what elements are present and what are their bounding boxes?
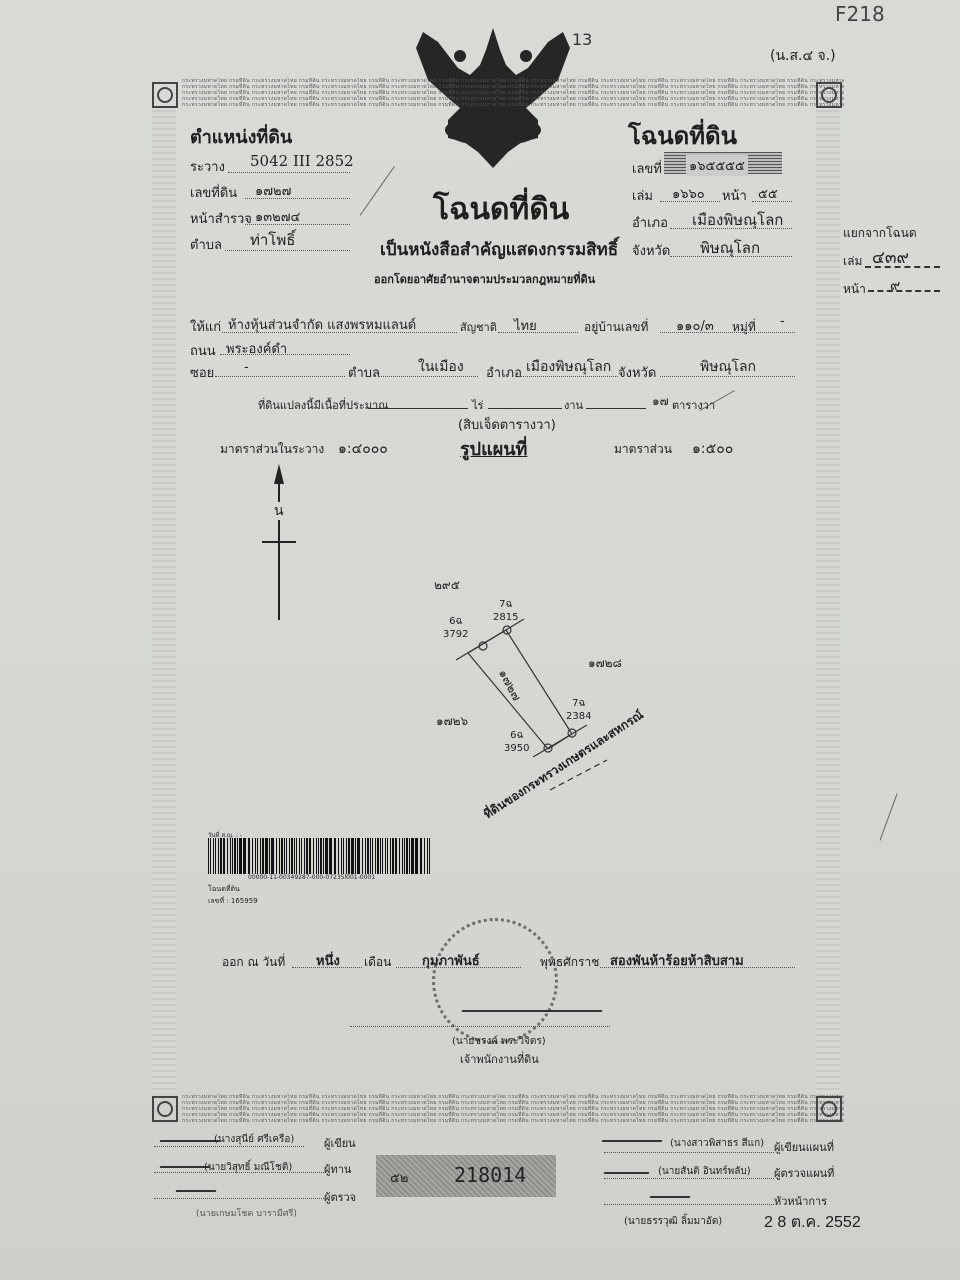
nationality-label: สัญชาติ — [460, 318, 497, 336]
plan-scale-value: ๑:๕๐๐ — [692, 438, 733, 460]
signature — [160, 1140, 221, 1142]
map-scale-value: ๑:๔๐๐๐ — [338, 438, 388, 460]
subdistrict-value: ในเมือง — [418, 356, 464, 378]
official-title: เจ้าพนักงานที่ดิน — [460, 1050, 539, 1068]
road-value: พระองค์ดำ — [226, 338, 287, 359]
month-label: เดือน — [364, 953, 391, 972]
signatory-name: (นายเกษมโชค บารามีศรี) — [196, 1206, 297, 1220]
province-label: จังหวัด — [618, 362, 656, 383]
signatory-name: (นางสุนีย์ ศรีเครือ) — [214, 1132, 294, 1147]
north-arrow-icon — [260, 462, 300, 622]
marker-label: 6ฉ3950 — [504, 728, 529, 754]
separated-label: แยกจากโฉนด — [843, 224, 917, 243]
security-strip-top: กระทรวงมหาดไทย กรมที่ดิน กระทรวงมหาดไทย … — [152, 78, 844, 112]
house-label: อยู่บ้านเลขที่ — [584, 318, 648, 337]
neighbor-parcel-label: ๑๗๒๘ — [588, 654, 622, 673]
corner-note: F218 — [835, 2, 885, 26]
field-value: ท่าโพธิ์ — [250, 228, 295, 252]
official-signature — [462, 1010, 603, 1012]
plot-map — [400, 570, 680, 840]
signature — [176, 1190, 217, 1192]
serial-box: ๕๒ 218014 — [376, 1155, 556, 1197]
area-intro: ที่ดินแปลงนี้มีเนื้อที่ประมาณ — [258, 396, 388, 414]
deed-heading: โฉนดที่ดิน — [628, 116, 737, 155]
signatory-role: หัวหน้าการ — [774, 1192, 827, 1210]
signatory-name: (นายธรรวุฒิ ลิ้มมาอัด) — [624, 1214, 722, 1229]
wa-value: ๑๗ — [652, 392, 669, 411]
district-label: อำเภอ — [486, 362, 522, 383]
barcode-code: 00000-11-00349287-000-07235l001-0001 — [248, 874, 375, 881]
security-strip-bottom: กระทรวงมหาดไทย กรมที่ดิน กระทรวงมหาดไทย … — [152, 1094, 844, 1128]
field-label: หน้าสำรวจ — [190, 208, 252, 229]
soi-label: ซอย — [190, 362, 214, 383]
barcode-doc-number: เลขที่ : 165959 — [208, 896, 258, 907]
location-heading: ตำแหน่งที่ดิน — [190, 122, 292, 151]
stamp-date: 2 8 ต.ค. 2552 — [764, 1210, 861, 1235]
document-title: โฉนดที่ดิน — [433, 186, 569, 233]
signature — [650, 1196, 691, 1198]
ngan-label: งาน — [564, 396, 583, 414]
marker-label: 6ฉ3792 — [443, 614, 468, 640]
page-label: หน้า — [722, 185, 747, 206]
subdistrict-label: ตำบล — [348, 362, 380, 383]
district-value: เมืองพิษณุโลก — [526, 356, 611, 378]
road-label: ถนน — [190, 340, 216, 361]
map-scale-label: มาตราส่วนในระวาง — [220, 440, 324, 459]
signatory-role: ผู้ทาน — [324, 1160, 351, 1178]
issued-label: ออก ณ วันที่ — [222, 953, 285, 972]
separated-volume-label: เล่ม — [843, 252, 862, 271]
soi-value: - — [244, 360, 249, 375]
document-subtitle: เป็นหนังสือสำคัญแสดงกรรมสิทธิ์ — [380, 236, 618, 263]
signatory-name: (นายสันติ อินทร์พลับ) — [658, 1164, 751, 1179]
volume-label: เล่ม — [632, 185, 653, 206]
north-label: น — [274, 500, 284, 522]
signature — [160, 1166, 211, 1168]
neighbor-parcel-label: ๑๗๒๖ — [436, 712, 468, 731]
security-strip-right — [816, 110, 840, 1095]
owner-to-label: ให้แก่ — [190, 316, 221, 337]
rai-label: ไร่ — [472, 396, 483, 414]
deed-number-box: ๑๖๕๕๕๕ — [664, 152, 782, 174]
form-code: (น.ส.๔ จ.) — [770, 45, 836, 67]
official-name: (นายชรงค์ พระวิจิตร) — [452, 1034, 546, 1049]
issued-by-text: ออกโดยอาศัยอำนาจตามประมวลกฎหมายที่ดิน — [374, 270, 595, 288]
plan-heading: รูปแผนที่ — [460, 434, 527, 463]
field-value: 5042 III 2852 — [250, 152, 354, 170]
separated-page-label: หน้า — [843, 280, 866, 299]
field-label: ระวาง — [190, 156, 225, 177]
barcode — [208, 838, 430, 874]
moo-value: - — [780, 314, 785, 329]
plan-scale-label: มาตราส่วน — [614, 440, 672, 459]
barcode-doc-type: โฉนดที่ดิน — [208, 884, 240, 895]
signature — [604, 1172, 650, 1174]
corner-ornament-icon — [816, 82, 842, 108]
district-label: อำเภอ — [632, 212, 668, 233]
field-label: ตำบล — [190, 234, 222, 255]
signatory-role: ผู้ตรวจ — [324, 1188, 356, 1206]
security-strip-left — [152, 110, 176, 1095]
year-label: พุทธศักราช — [540, 953, 599, 972]
province-label: จังหวัด — [632, 240, 670, 261]
marker-label: 7ฉ2384 — [566, 696, 591, 722]
province-value: พิษณุโลก — [700, 356, 756, 378]
pen-mark — [360, 166, 395, 216]
signatory-name: (นางสาวพิสาธร สีแก) — [670, 1136, 764, 1151]
signatory-role: ผู้เขียนแผนที่ — [774, 1138, 834, 1156]
area-in-words: (สิบเจ็ดตารางวา) — [458, 414, 556, 435]
marker-label: 7ฉ2815 — [493, 597, 518, 623]
corner-ornament-icon — [152, 1096, 178, 1122]
neighbor-parcel-label: ๒๙๕ — [434, 576, 460, 595]
signatory-role: ผู้ตรวจแผนที่ — [774, 1164, 834, 1182]
signatory-role: ผู้เขียน — [324, 1134, 356, 1152]
pen-mark — [880, 793, 898, 840]
signature — [602, 1140, 663, 1142]
corner-ornament-icon — [816, 1096, 842, 1122]
moo-label: หมู่ที่ — [732, 318, 756, 337]
field-label: เลขที่ดิน — [190, 182, 237, 203]
corner-ornament-icon — [152, 82, 178, 108]
deed-number-label: เลขที่ — [632, 158, 662, 179]
separated-page-value: ๙ — [890, 275, 900, 297]
